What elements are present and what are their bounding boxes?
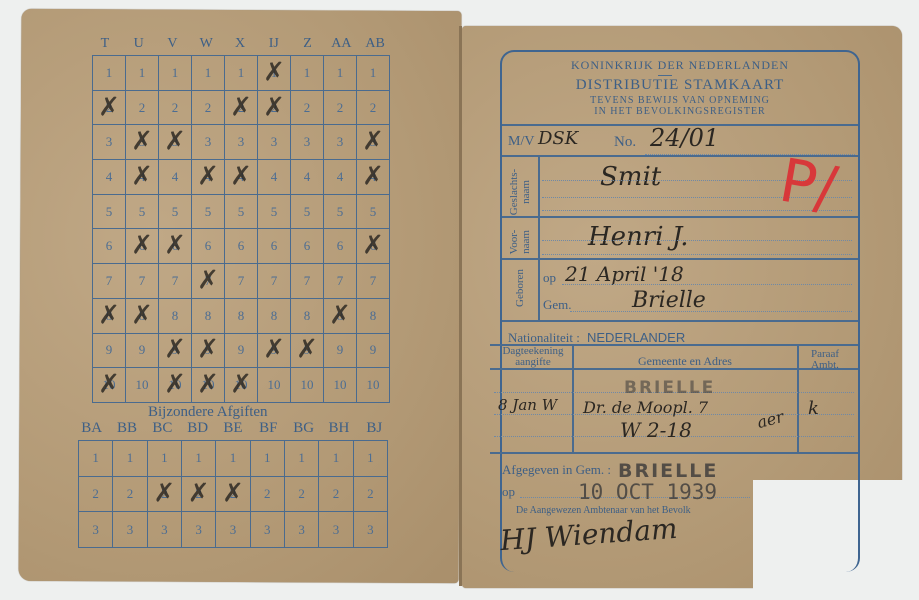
rule bbox=[502, 320, 858, 322]
main-coupon-aa-9: 9 bbox=[324, 333, 357, 368]
number-label: No. bbox=[614, 134, 636, 151]
born-place-value: Brielle bbox=[632, 288, 706, 313]
special-issues-grid: 111111111222222222333333333 bbox=[78, 440, 388, 548]
main-column-aa: AA bbox=[324, 36, 358, 52]
main-coupon-v-4: 4 bbox=[159, 160, 192, 195]
firstname-value: Henri J. bbox=[588, 222, 688, 252]
rule bbox=[502, 258, 858, 260]
main-coupon-v-10-used: 10 bbox=[159, 368, 192, 403]
main-coupon-x-1: 1 bbox=[225, 56, 258, 91]
special-coupon-bf-3: 3 bbox=[250, 512, 284, 548]
main-coupon-t-6: 6 bbox=[93, 229, 126, 264]
main-coupon-ab-7: 7 bbox=[357, 264, 390, 299]
main-coupon-x-7: 7 bbox=[225, 264, 258, 299]
main-coupon-w-3: 3 bbox=[192, 125, 225, 160]
surname-label: Geslachts-naam bbox=[508, 160, 532, 224]
special-coupon-bd-1: 1 bbox=[181, 441, 215, 477]
born-label: Geboren bbox=[514, 262, 526, 314]
born-on-value: 21 April '18 bbox=[565, 262, 684, 286]
special-coupon-bc-2-used: 2 bbox=[147, 476, 181, 512]
special-column-bf: BF bbox=[251, 420, 286, 437]
main-coupon-z-6: 6 bbox=[291, 229, 324, 264]
label-column-divider bbox=[538, 155, 540, 320]
main-coupon-t-8-used: 8 bbox=[93, 298, 126, 333]
special-coupon-ba-1: 1 bbox=[79, 441, 113, 477]
born-on-label: op bbox=[543, 270, 556, 286]
issued-on-label: op bbox=[502, 484, 515, 500]
special-coupon-bg-2: 2 bbox=[284, 476, 318, 512]
main-column-v: V bbox=[156, 36, 190, 52]
main-coupon-aa-6: 6 bbox=[324, 229, 357, 264]
entry-initials: k bbox=[808, 398, 819, 419]
special-grid-column-headers: BABBBCBDBEBFBGBHBJ bbox=[74, 420, 392, 437]
main-coupon-w-7-used: 7 bbox=[192, 264, 225, 299]
special-coupon-bb-3: 3 bbox=[113, 512, 147, 548]
main-row: 333333333 bbox=[93, 125, 390, 160]
heading-divider bbox=[658, 75, 672, 76]
main-coupon-u-10: 10 bbox=[126, 368, 159, 403]
main-coupon-z-4: 4 bbox=[291, 160, 324, 195]
main-coupon-v-9-used: 9 bbox=[159, 333, 192, 368]
surname-value: Smit bbox=[600, 162, 661, 192]
special-column-bh: BH bbox=[321, 420, 356, 437]
main-row: 777777777 bbox=[93, 264, 390, 299]
special-coupon-bg-1: 1 bbox=[284, 441, 318, 477]
main-coupon-w-2: 2 bbox=[192, 90, 225, 125]
main-coupon-v-5: 5 bbox=[159, 194, 192, 229]
main-coupon-u-1: 1 bbox=[126, 56, 159, 91]
main-coupon-w-9-used: 9 bbox=[192, 333, 225, 368]
main-row: 999999999 bbox=[93, 333, 390, 368]
main-coupon-x-10-used: 10 bbox=[225, 368, 258, 403]
issued-place-stamp: BRIELLE bbox=[618, 460, 718, 482]
main-coupon-ij-4: 4 bbox=[258, 160, 291, 195]
main-coupon-w-10-used: 10 bbox=[192, 368, 225, 403]
dotted-line bbox=[542, 240, 852, 241]
special-coupon-bc-3: 3 bbox=[147, 512, 181, 548]
special-coupon-bh-1: 1 bbox=[319, 441, 353, 477]
firstname-label-line-1: Voor- bbox=[508, 230, 520, 255]
main-coupon-z-2: 2 bbox=[291, 90, 324, 125]
main-column-w: W bbox=[189, 36, 223, 52]
special-coupon-bf-2: 2 bbox=[250, 476, 284, 512]
main-coupon-v-1: 1 bbox=[159, 56, 192, 91]
special-coupon-bf-1: 1 bbox=[250, 441, 284, 477]
special-coupon-bh-3: 3 bbox=[319, 512, 353, 548]
main-row: 101010101010101010 bbox=[93, 368, 390, 403]
page-fold bbox=[459, 26, 462, 586]
main-coupon-ij-3: 3 bbox=[258, 125, 291, 160]
main-coupon-x-3: 3 bbox=[225, 125, 258, 160]
special-column-bb: BB bbox=[109, 420, 144, 437]
issued-place-label: Afgegeven in Gem. : bbox=[502, 462, 611, 478]
main-coupon-aa-10: 10 bbox=[324, 368, 357, 403]
special-coupon-bb-1: 1 bbox=[113, 441, 147, 477]
card-subtitle-2: IN HET BEVOLKINGSREGISTER bbox=[502, 106, 858, 117]
special-row: 111111111 bbox=[79, 441, 388, 477]
dotted-line bbox=[570, 311, 852, 312]
main-coupon-w-6: 6 bbox=[192, 229, 225, 264]
entry-city-stamp: BRIELLE bbox=[624, 378, 715, 398]
special-coupon-ba-3: 3 bbox=[79, 512, 113, 548]
main-coupon-ab-9: 9 bbox=[357, 333, 390, 368]
main-coupon-t-7: 7 bbox=[93, 264, 126, 299]
gender-label: M/V bbox=[508, 134, 534, 150]
dotted-line bbox=[562, 284, 852, 285]
entry-date: 8 Jan W bbox=[498, 396, 557, 414]
main-coupon-x-9: 9 bbox=[225, 333, 258, 368]
special-row: 222222222 bbox=[79, 476, 388, 512]
main-coupon-t-10-used: 10 bbox=[93, 368, 126, 403]
main-row: 888888888 bbox=[93, 298, 390, 333]
main-coupon-ij-8: 8 bbox=[258, 298, 291, 333]
main-coupon-t-5: 5 bbox=[93, 194, 126, 229]
date-header-line-2: aangifte bbox=[515, 356, 550, 368]
main-coupon-ij-6: 6 bbox=[258, 229, 291, 264]
special-issues-title: Bijzondere Afgiften bbox=[148, 404, 268, 421]
main-coupon-v-8: 8 bbox=[159, 298, 192, 333]
main-coupon-aa-5: 5 bbox=[324, 194, 357, 229]
main-coupon-v-3-used: 3 bbox=[159, 125, 192, 160]
special-coupon-bh-2: 2 bbox=[319, 476, 353, 512]
main-coupon-w-8: 8 bbox=[192, 298, 225, 333]
main-coupon-x-5: 5 bbox=[225, 194, 258, 229]
entry-address-line-2: W 2-18 bbox=[620, 418, 692, 442]
main-column-x: X bbox=[223, 36, 257, 52]
special-coupon-ba-2: 2 bbox=[79, 476, 113, 512]
main-coupon-z-7: 7 bbox=[291, 264, 324, 299]
main-coupon-ab-2: 2 bbox=[357, 90, 390, 125]
rule bbox=[490, 368, 858, 370]
main-coupon-u-6-used: 6 bbox=[126, 229, 159, 264]
main-coupon-ij-2-used: 2 bbox=[258, 90, 291, 125]
main-coupon-ij-7: 7 bbox=[258, 264, 291, 299]
main-coupon-ab-4-used: 4 bbox=[357, 160, 390, 195]
card-title: DISTRIBUTIE STAMKAART bbox=[502, 77, 858, 94]
main-coupon-z-3: 3 bbox=[291, 125, 324, 160]
main-coupon-z-5: 5 bbox=[291, 194, 324, 229]
main-coupon-ij-1-used: 1 bbox=[258, 56, 291, 91]
main-coupon-u-2: 2 bbox=[126, 90, 159, 125]
issued-date-stamp: 10 OCT 1939 bbox=[578, 480, 717, 504]
kingdom-heading: KONINKRIJK DER NEDERLANDEN bbox=[502, 58, 858, 73]
special-row: 333333333 bbox=[79, 512, 388, 548]
surname-label-line-1: Geslachts- bbox=[508, 169, 520, 215]
main-coupon-t-9: 9 bbox=[93, 333, 126, 368]
born-place-label: Gem. bbox=[543, 297, 572, 313]
entry-address-line-1: Dr. de Moopl. 7 bbox=[583, 398, 708, 417]
card-subtitle-1: TEVENS BEWIJS VAN OPNEMING bbox=[502, 95, 858, 106]
main-column-t: T bbox=[88, 36, 122, 52]
main-coupon-t-3: 3 bbox=[93, 125, 126, 160]
address-header: Gemeente en Adres bbox=[574, 354, 796, 369]
main-coupon-u-3-used: 3 bbox=[126, 125, 159, 160]
gender-value: DSK bbox=[538, 128, 578, 149]
main-coupon-aa-3: 3 bbox=[324, 125, 357, 160]
special-coupon-bg-3: 3 bbox=[284, 512, 318, 548]
main-coupon-z-8: 8 bbox=[291, 298, 324, 333]
main-column-ab: AB bbox=[358, 36, 392, 52]
red-pencil-mark: P/ bbox=[774, 146, 842, 225]
special-column-be: BE bbox=[215, 420, 250, 437]
main-coupon-aa-1: 1 bbox=[324, 56, 357, 91]
main-coupon-x-2-used: 2 bbox=[225, 90, 258, 125]
main-coupon-ab-1: 1 bbox=[357, 56, 390, 91]
main-coupon-ab-10: 10 bbox=[357, 368, 390, 403]
ration-coupon-grid: 1111111112222222223333333334444444445555… bbox=[92, 55, 390, 403]
main-coupon-x-6: 6 bbox=[225, 229, 258, 264]
main-coupon-t-1: 1 bbox=[93, 56, 126, 91]
main-coupon-aa-2: 2 bbox=[324, 90, 357, 125]
surname-label-line-2: naam bbox=[520, 180, 532, 204]
special-column-bg: BG bbox=[286, 420, 321, 437]
main-coupon-z-9-used: 9 bbox=[291, 333, 324, 368]
main-coupon-w-1: 1 bbox=[192, 56, 225, 91]
main-coupon-ij-5: 5 bbox=[258, 194, 291, 229]
main-coupon-t-4: 4 bbox=[93, 160, 126, 195]
main-coupon-v-6-used: 6 bbox=[159, 229, 192, 264]
special-column-bj: BJ bbox=[357, 420, 392, 437]
main-coupon-ab-6-used: 6 bbox=[357, 229, 390, 264]
special-coupon-bd-2-used: 2 bbox=[181, 476, 215, 512]
special-coupon-bc-1: 1 bbox=[147, 441, 181, 477]
main-coupon-z-10: 10 bbox=[291, 368, 324, 403]
date-header: Dagteekeningaangifte bbox=[497, 346, 569, 368]
special-column-bd: BD bbox=[180, 420, 215, 437]
main-coupon-aa-4: 4 bbox=[324, 160, 357, 195]
main-coupon-v-2: 2 bbox=[159, 90, 192, 125]
special-coupon-bj-3: 3 bbox=[353, 512, 387, 548]
main-coupon-ab-8: 8 bbox=[357, 298, 390, 333]
special-column-ba: BA bbox=[74, 420, 109, 437]
main-coupon-aa-8-used: 8 bbox=[324, 298, 357, 333]
firstname-label-line-2: naam bbox=[520, 230, 532, 254]
main-coupon-x-8: 8 bbox=[225, 298, 258, 333]
special-coupon-bj-2: 2 bbox=[353, 476, 387, 512]
rule bbox=[490, 452, 858, 454]
special-column-bc: BC bbox=[145, 420, 180, 437]
special-coupon-be-2-used: 2 bbox=[216, 476, 250, 512]
main-coupon-u-4-used: 4 bbox=[126, 160, 159, 195]
dotted-line bbox=[542, 254, 852, 255]
main-coupon-u-5: 5 bbox=[126, 194, 159, 229]
main-coupon-t-2-used: 2 bbox=[93, 90, 126, 125]
main-row: 666666666 bbox=[93, 229, 390, 264]
firstname-label: Voor-naam bbox=[508, 216, 532, 268]
main-coupon-v-7: 7 bbox=[159, 264, 192, 299]
main-coupon-x-4-used: 4 bbox=[225, 160, 258, 195]
main-row: 111111111 bbox=[93, 56, 390, 91]
special-coupon-bd-3: 3 bbox=[181, 512, 215, 548]
nationality-value: NEDERLANDER bbox=[587, 330, 685, 345]
main-coupon-aa-7: 7 bbox=[324, 264, 357, 299]
special-coupon-bb-2: 2 bbox=[113, 476, 147, 512]
main-row: 222222222 bbox=[93, 90, 390, 125]
main-column-ij: IJ bbox=[257, 36, 291, 52]
main-coupon-u-8-used: 8 bbox=[126, 298, 159, 333]
main-coupon-w-4-used: 4 bbox=[192, 160, 225, 195]
main-coupon-z-1: 1 bbox=[291, 56, 324, 91]
special-coupon-be-3: 3 bbox=[216, 512, 250, 548]
main-grid-column-headers: TUVWXIJZAAAB bbox=[88, 36, 392, 52]
main-column-u: U bbox=[122, 36, 156, 52]
main-coupon-ij-10: 10 bbox=[258, 368, 291, 403]
main-row: 444444444 bbox=[93, 160, 390, 195]
main-coupon-ab-3-used: 3 bbox=[357, 125, 390, 160]
main-coupon-u-9: 9 bbox=[126, 333, 159, 368]
main-row: 555555555 bbox=[93, 194, 390, 229]
main-column-z: Z bbox=[291, 36, 325, 52]
special-coupon-bj-1: 1 bbox=[353, 441, 387, 477]
main-coupon-u-7: 7 bbox=[126, 264, 159, 299]
number-value: 24/01 bbox=[650, 124, 719, 152]
main-coupon-ab-5: 5 bbox=[357, 194, 390, 229]
special-coupon-be-1: 1 bbox=[216, 441, 250, 477]
main-coupon-w-5: 5 bbox=[192, 194, 225, 229]
main-coupon-ij-9-used: 9 bbox=[258, 333, 291, 368]
